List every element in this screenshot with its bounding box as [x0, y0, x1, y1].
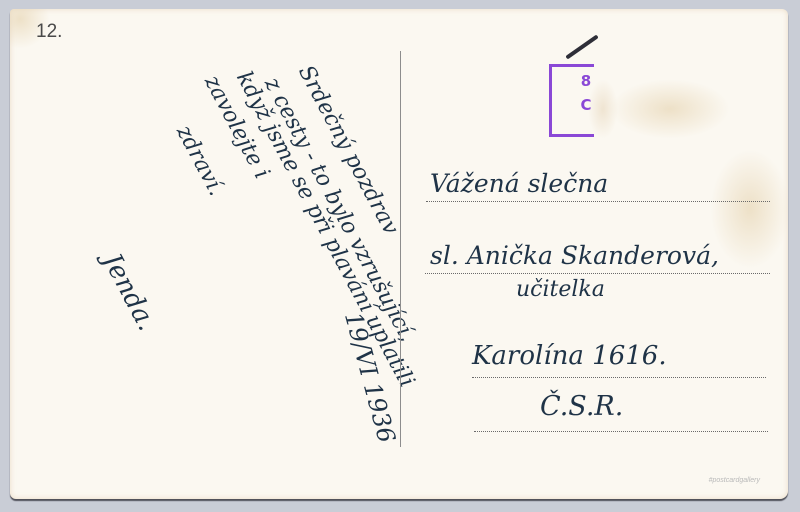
address-line — [472, 377, 766, 378]
age-stain — [610, 79, 730, 139]
age-stain — [710, 149, 788, 269]
address-name: sl. Anička Skanderová, — [430, 241, 719, 270]
divider-line — [400, 51, 401, 447]
signature: Jenda. — [97, 249, 161, 335]
address-street: Karolína 1616. — [472, 341, 667, 371]
watermark: #postcardgallery — [709, 477, 760, 484]
postmark-chars: 8 C — [578, 69, 594, 117]
message-line: zdraví. — [169, 121, 229, 201]
pen-stroke — [565, 34, 598, 59]
address-country: Č.S.R. — [540, 391, 623, 422]
address-line — [474, 431, 768, 432]
pencil-number: 12. — [36, 21, 62, 43]
postcard: 12. Srdečný pozdrav z cesty - to bylo vz… — [10, 9, 788, 499]
address-salutation: Vážená slečna — [430, 169, 608, 198]
address-occupation: učitelka — [516, 277, 605, 302]
address-line — [426, 201, 770, 202]
address-line — [425, 273, 770, 274]
